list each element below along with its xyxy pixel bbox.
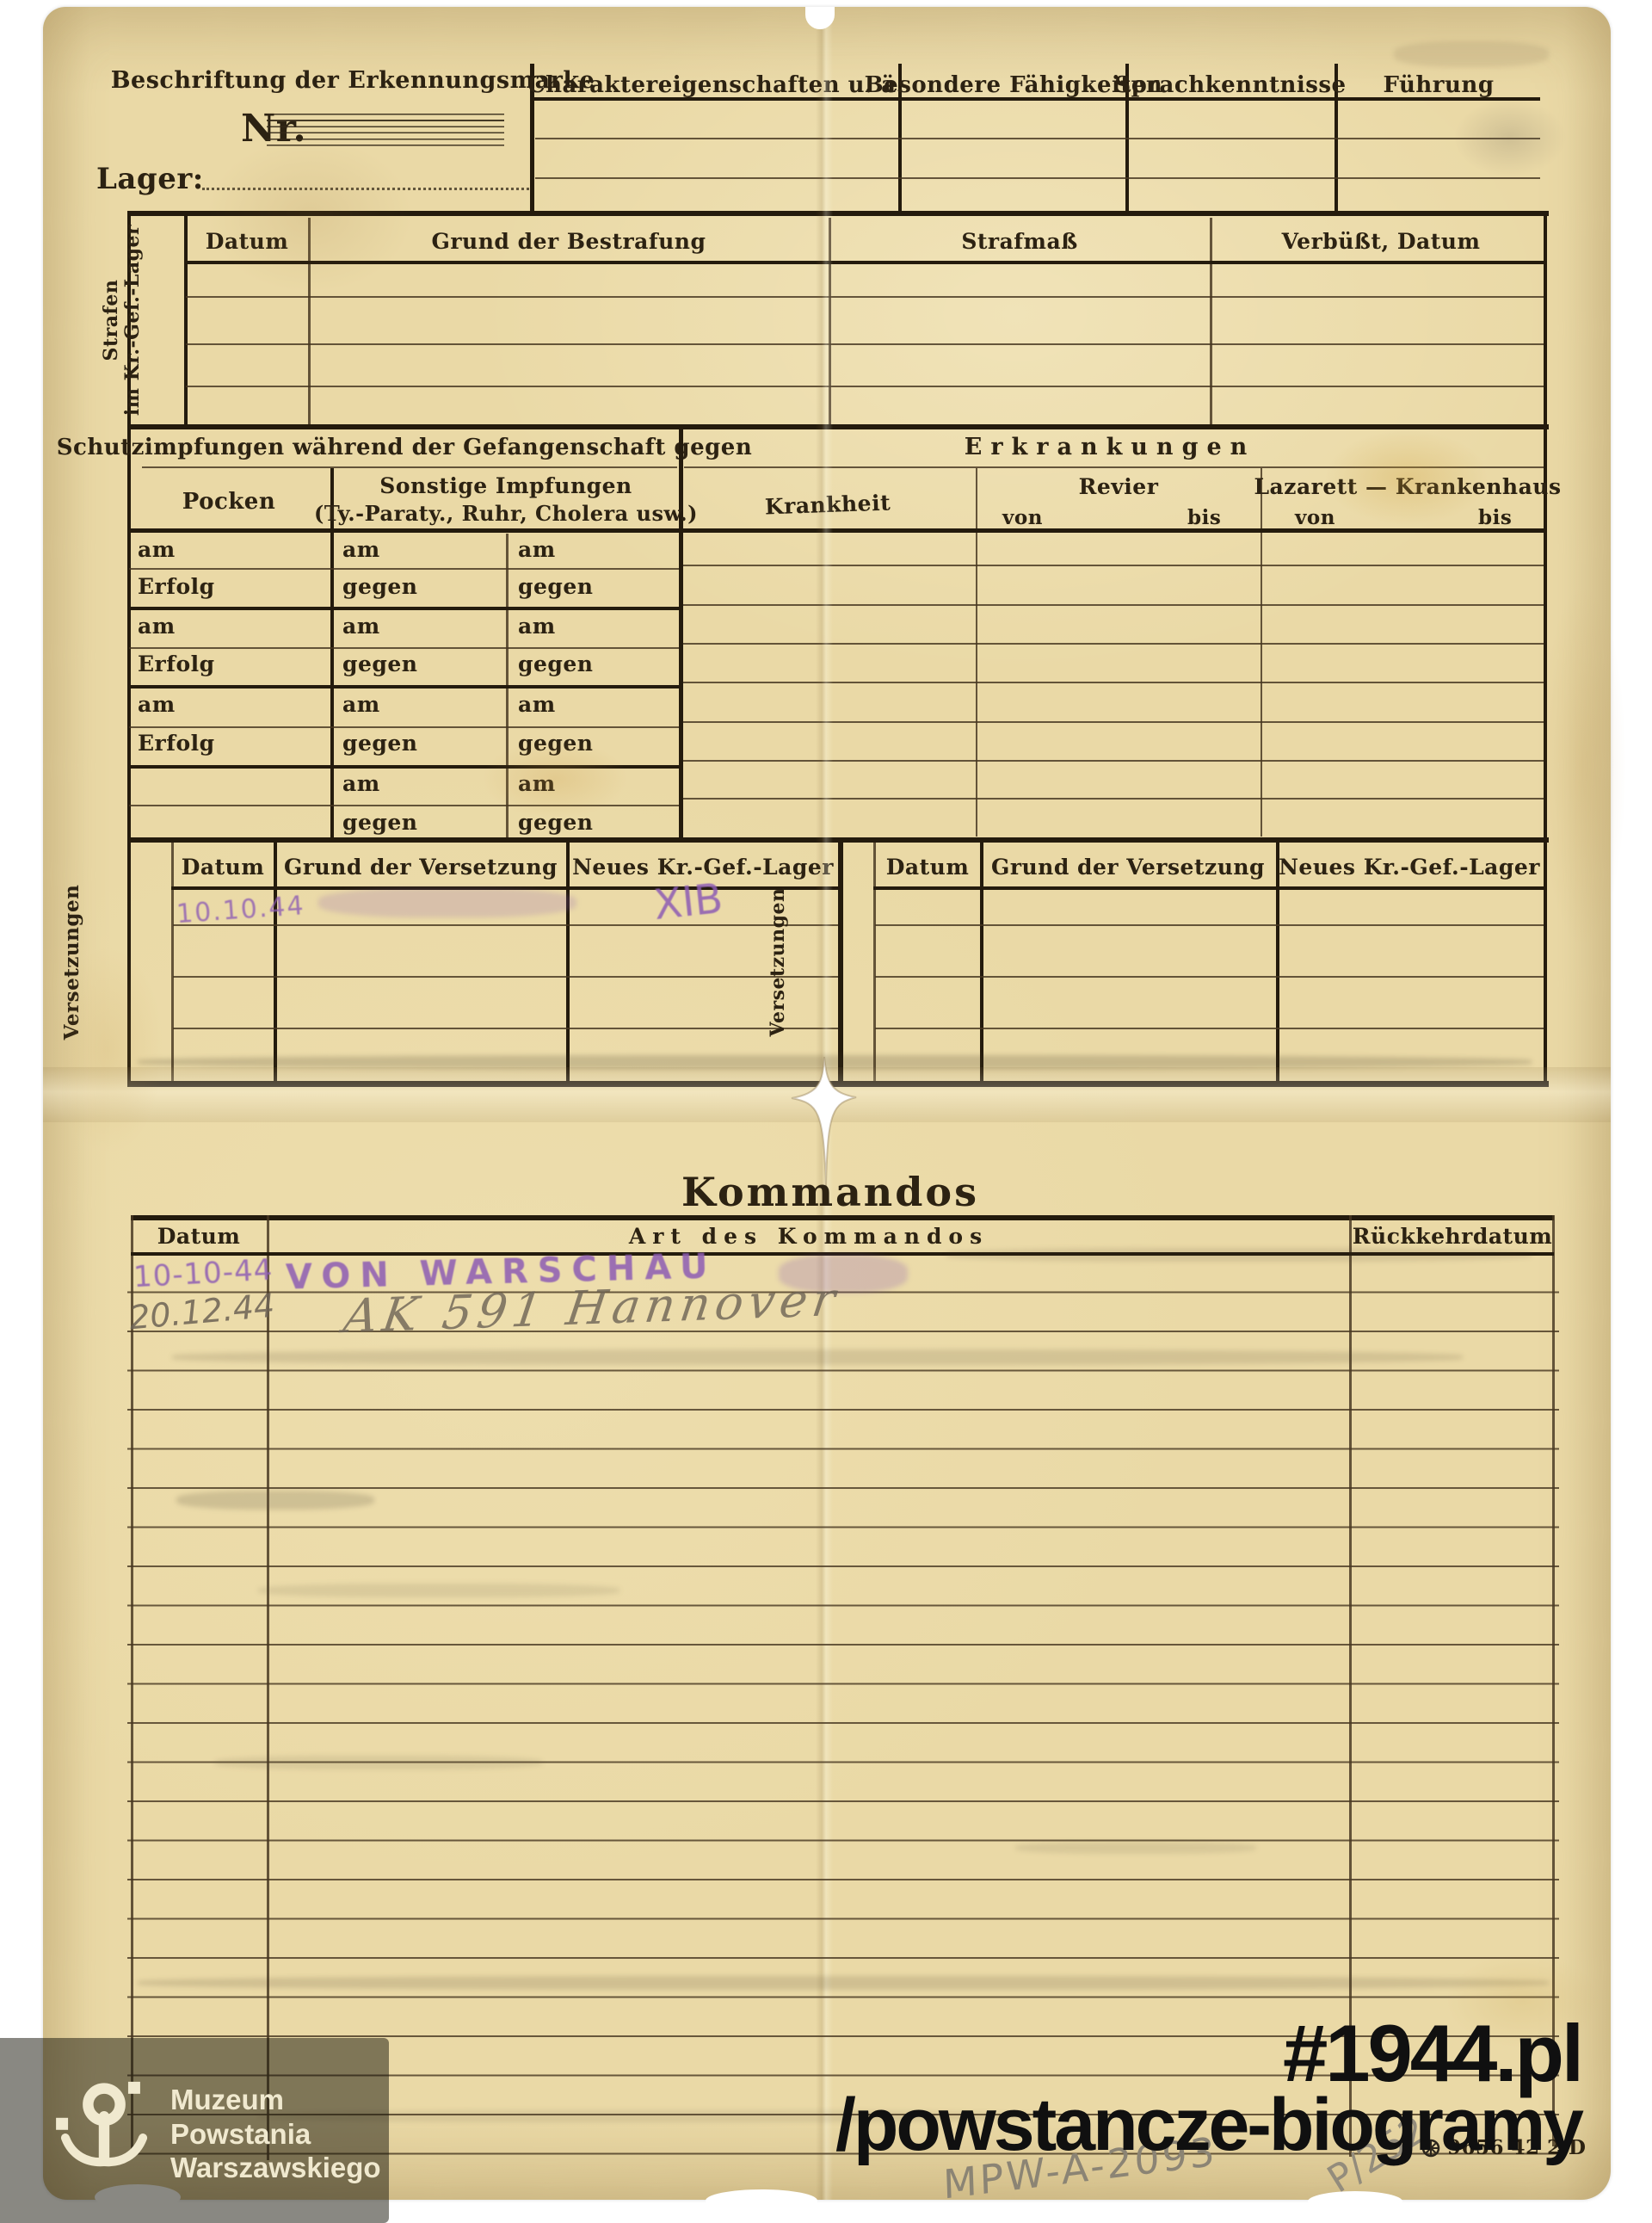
impf-thin-3 (129, 726, 679, 728)
kommandos-col-datum: Datum (157, 1224, 241, 1249)
stain-2 (482, 740, 628, 818)
kommandos-title: Kommandos (681, 1169, 979, 1215)
vers-r-row-2 (875, 976, 1544, 978)
vers-r-row-1 (875, 924, 1544, 926)
stain-4 (52, 947, 163, 1153)
strafen-col-strafmass: Strafmaß (961, 229, 1077, 254)
erk-thin-7 (683, 798, 1544, 800)
strafen-vline-label (184, 216, 188, 426)
s1-am-2: am (342, 614, 380, 639)
impf-subheader-rule (127, 528, 1545, 533)
strafen-side-label-line2: im Kr.-Gef.-Lager (122, 225, 144, 416)
kommandos-col-art: Art des Kommandos (629, 1224, 989, 1249)
lager-label: Lager: (96, 162, 204, 196)
revier-label: Revier (1079, 474, 1159, 499)
vers-center-divider (838, 837, 843, 1086)
vers-r-col-neues: Neues Kr.-Gef.-Lager (1279, 855, 1540, 880)
impf-thin-1 (129, 568, 679, 570)
s2-am-3: am (518, 692, 556, 717)
vers-r-vline-1 (980, 843, 983, 1084)
erk-thin-5 (683, 721, 1544, 723)
pocken-am-3: am (138, 692, 176, 717)
header-col-charakter: Charaktereigenschaften u. ä. (527, 72, 904, 98)
impf-thin-2 (129, 647, 679, 649)
strafen-col-verbuesst: Verbüßt, Datum (1282, 229, 1481, 254)
strafen-side-label-line1: Strafen (101, 280, 122, 361)
vers-l-vline-label (171, 843, 174, 1084)
s1-am-1: am (342, 537, 380, 562)
pocken-label: Pocken (182, 489, 276, 515)
museum-name-line3: Warszawskiego (170, 2151, 381, 2185)
pocken-erfolg-1: Erfolg (138, 574, 215, 599)
watermark-biogramy: /powstancze-biogramy (835, 2083, 1581, 2168)
strafen-row-2 (186, 343, 1544, 345)
vers-l-vline-2 (566, 843, 570, 1084)
pocken-am-2: am (138, 614, 176, 639)
lazarett-bis-label: bis (1478, 506, 1512, 529)
s2-gegen-1: gegen (518, 574, 593, 599)
vers-r-vline-label (873, 843, 876, 1084)
krankheit-revier-divider (976, 468, 977, 837)
erk-thin-3 (683, 643, 1544, 645)
sonstige-label-2: (Ty.-Paraty., Ruhr, Cholera usw.) (314, 501, 698, 526)
pocken-am-1: am (138, 537, 176, 562)
vers-r-header-rule (873, 886, 1545, 890)
ghost-band-2 (172, 1349, 1463, 1365)
museum-name-line1: Muzeum (170, 2083, 381, 2117)
impfungen-title: Schutzimpfungen während der Gefangenscha… (57, 435, 753, 460)
header-rule-thin-1 (535, 138, 1540, 139)
revier-lazarett-divider (1261, 468, 1262, 837)
vers-l-vline-1 (274, 843, 277, 1084)
pocken-erfolg-2: Erfolg (138, 651, 215, 676)
s1-gegen-3: gegen (342, 731, 417, 756)
museum-watermark-overlay: Muzeum Powstania Warszawskiego (0, 2038, 389, 2223)
header-rule-thick (532, 97, 1540, 101)
vers-entry-lager-handwriting: XIB (651, 874, 724, 929)
impf-erkrank-divider (679, 428, 683, 841)
s1-am-4: am (342, 771, 380, 796)
vers-r-col-grund: Grund der Versetzung (991, 855, 1265, 880)
lazarett-von-label: von (1295, 506, 1335, 529)
erk-thin-6 (683, 760, 1544, 762)
s1-gegen-1: gegen (342, 574, 417, 599)
impf-thick-2 (129, 685, 679, 689)
s2-gegen-2: gegen (518, 651, 593, 676)
beschriftung-label: Beschriftung der Erkennungsmarke (111, 67, 595, 94)
header-col-fuehrung: Führung (1384, 72, 1495, 98)
strafen-col-grund: Grund der Bestrafung (432, 229, 706, 254)
header-col-sprachen: Sprachkenntnisse (1114, 72, 1346, 98)
vers-r-row-3 (875, 1028, 1544, 1029)
vers-l-row-1 (173, 924, 838, 926)
revier-bis-label: bis (1187, 506, 1221, 529)
sonstige-label-1: Sonstige Impfungen (379, 473, 632, 498)
s1-am-3: am (342, 692, 380, 717)
ghost-band-1 (946, 1248, 1532, 1262)
ghost-band-3 (138, 1976, 1549, 1990)
kommandos-col-rueckkehr: Rückkehrdatum (1353, 1224, 1552, 1249)
stain-1 (1325, 430, 1489, 525)
vers-l-row-3 (173, 1028, 838, 1029)
stain-3 (206, 138, 413, 293)
strafen-vline-3 (1210, 218, 1212, 426)
vers-r-col-datum: Datum (886, 855, 970, 880)
erkrankungen-title: Erkrankungen (965, 434, 1256, 460)
erk-thin-1 (683, 565, 1544, 566)
erk-thin-4 (683, 682, 1544, 683)
s1-gegen-2: gegen (342, 651, 417, 676)
s1-gegen-4: gegen (342, 810, 417, 835)
header-rule-thin-2 (535, 177, 1540, 179)
vers-entry-grund-smudge (318, 888, 576, 917)
pencil-smudge-1 (176, 1491, 374, 1510)
bottom-tear-2 (706, 2189, 817, 2212)
kommandos-top-border (131, 1215, 1554, 1220)
strafen-row-3 (186, 386, 1544, 387)
kotwica-logo-icon (53, 2067, 155, 2179)
ghost-stamp (1394, 41, 1549, 67)
pencil-scribble-stain (1454, 99, 1566, 176)
pencil-smudge-2 (258, 1584, 619, 1597)
revier-von-label: von (1002, 506, 1043, 529)
vers-l-col-grund: Grund der Versetzung (284, 855, 558, 880)
strafen-bottom-border (127, 424, 1549, 429)
impfungen-title-rule (142, 466, 677, 468)
center-tear-hole (766, 1057, 886, 1186)
card-right-border (1544, 216, 1547, 1086)
erk-thin-2 (683, 604, 1544, 606)
pencil-smudge-4 (1015, 1842, 1256, 1854)
s2-am-2: am (518, 614, 556, 639)
pencil-smudge-3 (215, 1756, 542, 1769)
museum-name: Muzeum Powstania Warszawskiego (170, 2083, 381, 2185)
s2-am-1: am (518, 537, 556, 562)
vers-l-col-datum: Datum (182, 855, 265, 880)
strafen-row-1 (186, 296, 1544, 298)
museum-name-line2: Powstania (170, 2117, 381, 2152)
vers-l-row-2 (173, 976, 838, 978)
versetzungen-right-side-label: Versetzungen (761, 868, 796, 1057)
stain-5 (1540, 585, 1626, 947)
impf-thick-1 (129, 607, 679, 610)
strafen-side-label: Strafen im Kr.-Gef.-Lager (96, 217, 148, 423)
pocken-erfolg-3: Erfolg (138, 731, 215, 756)
